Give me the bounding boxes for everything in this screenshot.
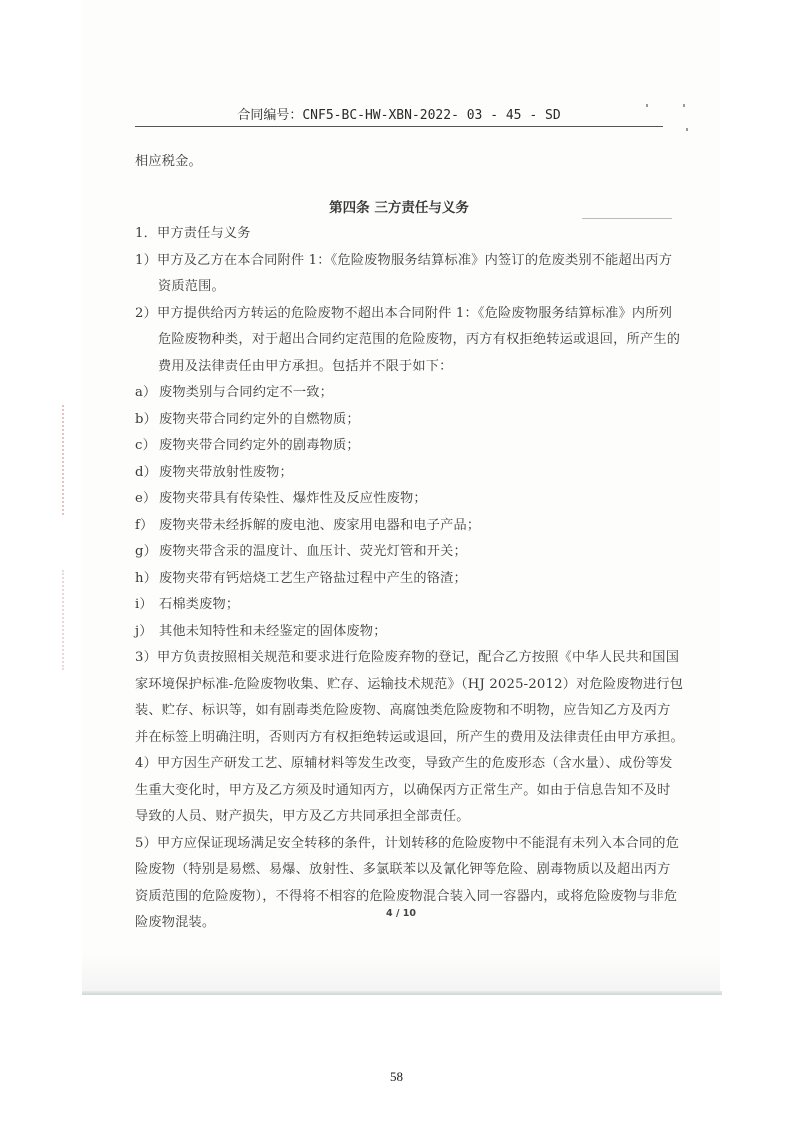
clause-3-line-1: 3）甲方负责按照相关规范和要求进行危险废弃物的登记，配合乙方按照《中华人民共和国…	[135, 645, 665, 672]
clause-2-line-3: 费用及法律责任由甲方承担。包括并不限于如下：	[135, 354, 665, 381]
clause-3-line-2: 家环境保护标准-危险废物收集、贮存、运输技术规范》（HJ 2025-2012）对…	[135, 672, 665, 699]
sub-item-h: h）废物夹带有钙焙烧工艺生产铬盐过程中产生的铬渣；	[135, 566, 665, 593]
sub-item-label: e）	[135, 486, 159, 513]
scan-bottom-edge	[82, 991, 722, 995]
contract-number-header: 合同编号：CNF5-BC-HW-XBN-2022- 03 - 45 - SD	[135, 104, 663, 123]
sub-item-j: j）其他未知特性和未经鉴定的固体废物；	[135, 619, 665, 646]
sub-item-label: j）	[135, 619, 159, 646]
carryover-text-block: 相应税金。	[135, 149, 665, 176]
carryover-text: 相应税金。	[135, 149, 665, 176]
clause-3-line-4: 并在标签上明确注明，否则丙方有权拒绝转运或退回，所产生的费用及法律责任由甲方承担…	[135, 725, 665, 752]
sub-item-text: 废物夹带未经拆解的废电池、废家用电器和电子产品；	[159, 518, 480, 533]
sub-item-text: 其他未知特性和未经鉴定的固体废物；	[159, 624, 387, 639]
sub-item-f: f）废物夹带未经拆解的废电池、废家用电器和电子产品；	[135, 513, 665, 540]
clause-5: 5）甲方应保证现场满足安全转移的条件，计划转移的危险废物中不能混有未列入本合同的…	[135, 831, 665, 937]
section-1: 1．甲方责任与义务 1）甲方及乙方在本合同附件 1：《危险废物服务结算标准》内签…	[135, 221, 665, 937]
outer-page-number: 58	[0, 1069, 793, 1085]
sub-item-text: 废物夹带合同约定外的剧毒物质；	[159, 438, 360, 453]
sub-item-label: b）	[135, 407, 159, 434]
sub-item-label: d）	[135, 460, 159, 487]
clause-4-line-1: 4）甲方因生产研发工艺、原辅材料等发生改变，导致产生的危废形态（含水量）、成份等…	[135, 751, 665, 778]
sub-item-label: a）	[135, 380, 159, 407]
clause-4-line-2: 生重大变化时，甲方及乙方须及时通知丙方，以确保丙方正常生产。如由于信息告知不及时	[135, 778, 665, 805]
sub-item-e: e）废物夹带具有传染性、爆炸性及反应性废物；	[135, 486, 665, 513]
sub-item-text: 废物夹带含汞的温度计、血压计、荧光灯管和开关；	[159, 544, 467, 559]
sub-item-text: 废物夹带合同约定外的自燃物质；	[159, 412, 360, 427]
seal-mark-upper	[62, 405, 78, 515]
sub-item-b: b）废物夹带合同约定外的自燃物质；	[135, 407, 665, 434]
sub-item-label: c）	[135, 433, 159, 460]
sub-item-text: 废物夹带放射性废物；	[159, 465, 293, 480]
clause-5-line-1: 5）甲方应保证现场满足安全转移的条件，计划转移的危险废物中不能混有未列入本合同的…	[135, 831, 665, 858]
sub-item-label: i）	[135, 592, 159, 619]
sub-item-text: 废物类别与合同约定不一致；	[159, 385, 333, 400]
sub-item-label: h）	[135, 566, 159, 593]
seal-mark-lower	[62, 570, 78, 670]
sub-item-d: d）废物夹带放射性废物；	[135, 460, 665, 487]
clause-3-line-3: 装、贮存、标识等，如有剧毒类危险废物、高腐蚀类危险废物和不明物，应告知乙方及丙方	[135, 698, 665, 725]
clause-2-line-1: 2）甲方提供给丙方转运的危险废物不超出本合同附件 1：《危险废物服务结算标准》内…	[135, 301, 665, 328]
sub-item-text: 石棉类废物；	[159, 597, 239, 612]
clause-4-line-3: 导致的人员、财产损失，甲方及乙方共同承担全部责任。	[135, 804, 665, 831]
sub-item-text: 废物夹带有钙焙烧工艺生产铬盐过程中产生的铬渣；	[159, 571, 467, 586]
sub-item-label: f）	[135, 513, 159, 540]
scan-speck	[683, 104, 685, 107]
clause-2-sub-list: a）废物类别与合同约定不一致； b）废物夹带合同约定外的自燃物质； c）废物夹带…	[135, 380, 665, 645]
scan-shadow	[82, 955, 720, 991]
sub-item-a: a）废物类别与合同约定不一致；	[135, 380, 665, 407]
clause-2: 2）甲方提供给丙方转运的危险废物不超出本合同附件 1：《危险废物服务结算标准》内…	[135, 301, 665, 646]
clause-3: 3）甲方负责按照相关规范和要求进行危险废弃物的登记，配合乙方按照《中华人民共和国…	[135, 645, 665, 751]
clause-4: 4）甲方因生产研发工艺、原辅材料等发生改变，导致产生的危废形态（含水量）、成份等…	[135, 751, 665, 831]
clause-5-line-2: 险废物（特别是易燃、易爆、放射性、多氯联苯以及氰化钾等危险、剧毒物质以及超出丙方	[135, 857, 665, 884]
clause-1-line-1: 1）甲方及乙方在本合同附件 1：《危险废物服务结算标准》内签订的危废类别不能超出…	[135, 248, 665, 275]
clause-1-line-2: 资质范围。	[135, 274, 665, 301]
sub-item-i: i）石棉类废物；	[135, 592, 665, 619]
article-title: 第四条 三方责任与义务	[135, 196, 663, 216]
clause-1: 1）甲方及乙方在本合同附件 1：《危险废物服务结算标准》内签订的危废类别不能超出…	[135, 248, 665, 301]
scan-speck	[686, 128, 688, 131]
section-1-title: 1．甲方责任与义务	[135, 221, 665, 248]
inner-page-indicator: 4 / 10	[82, 908, 720, 919]
sub-item-g: g）废物夹带含汞的温度计、血压计、荧光灯管和开关；	[135, 539, 665, 566]
sub-item-c: c）废物夹带合同约定外的剧毒物质；	[135, 433, 665, 460]
clause-5-line-3: 资质范围的危险废物），不得将不相容的危险废物混合装入同一容器内，或将危险废物与非…	[135, 884, 665, 911]
sub-item-label: g）	[135, 539, 159, 566]
header-divider	[135, 126, 663, 127]
sub-item-text: 废物夹带具有传染性、爆炸性及反应性废物；	[159, 491, 427, 506]
scan-mark-line	[582, 218, 672, 219]
clause-2-line-2: 危险废物种类，对于超出合同约定范围的危险废物，丙方有权拒绝转运或退回，所产生的	[135, 327, 665, 354]
scan-speck	[646, 104, 648, 107]
